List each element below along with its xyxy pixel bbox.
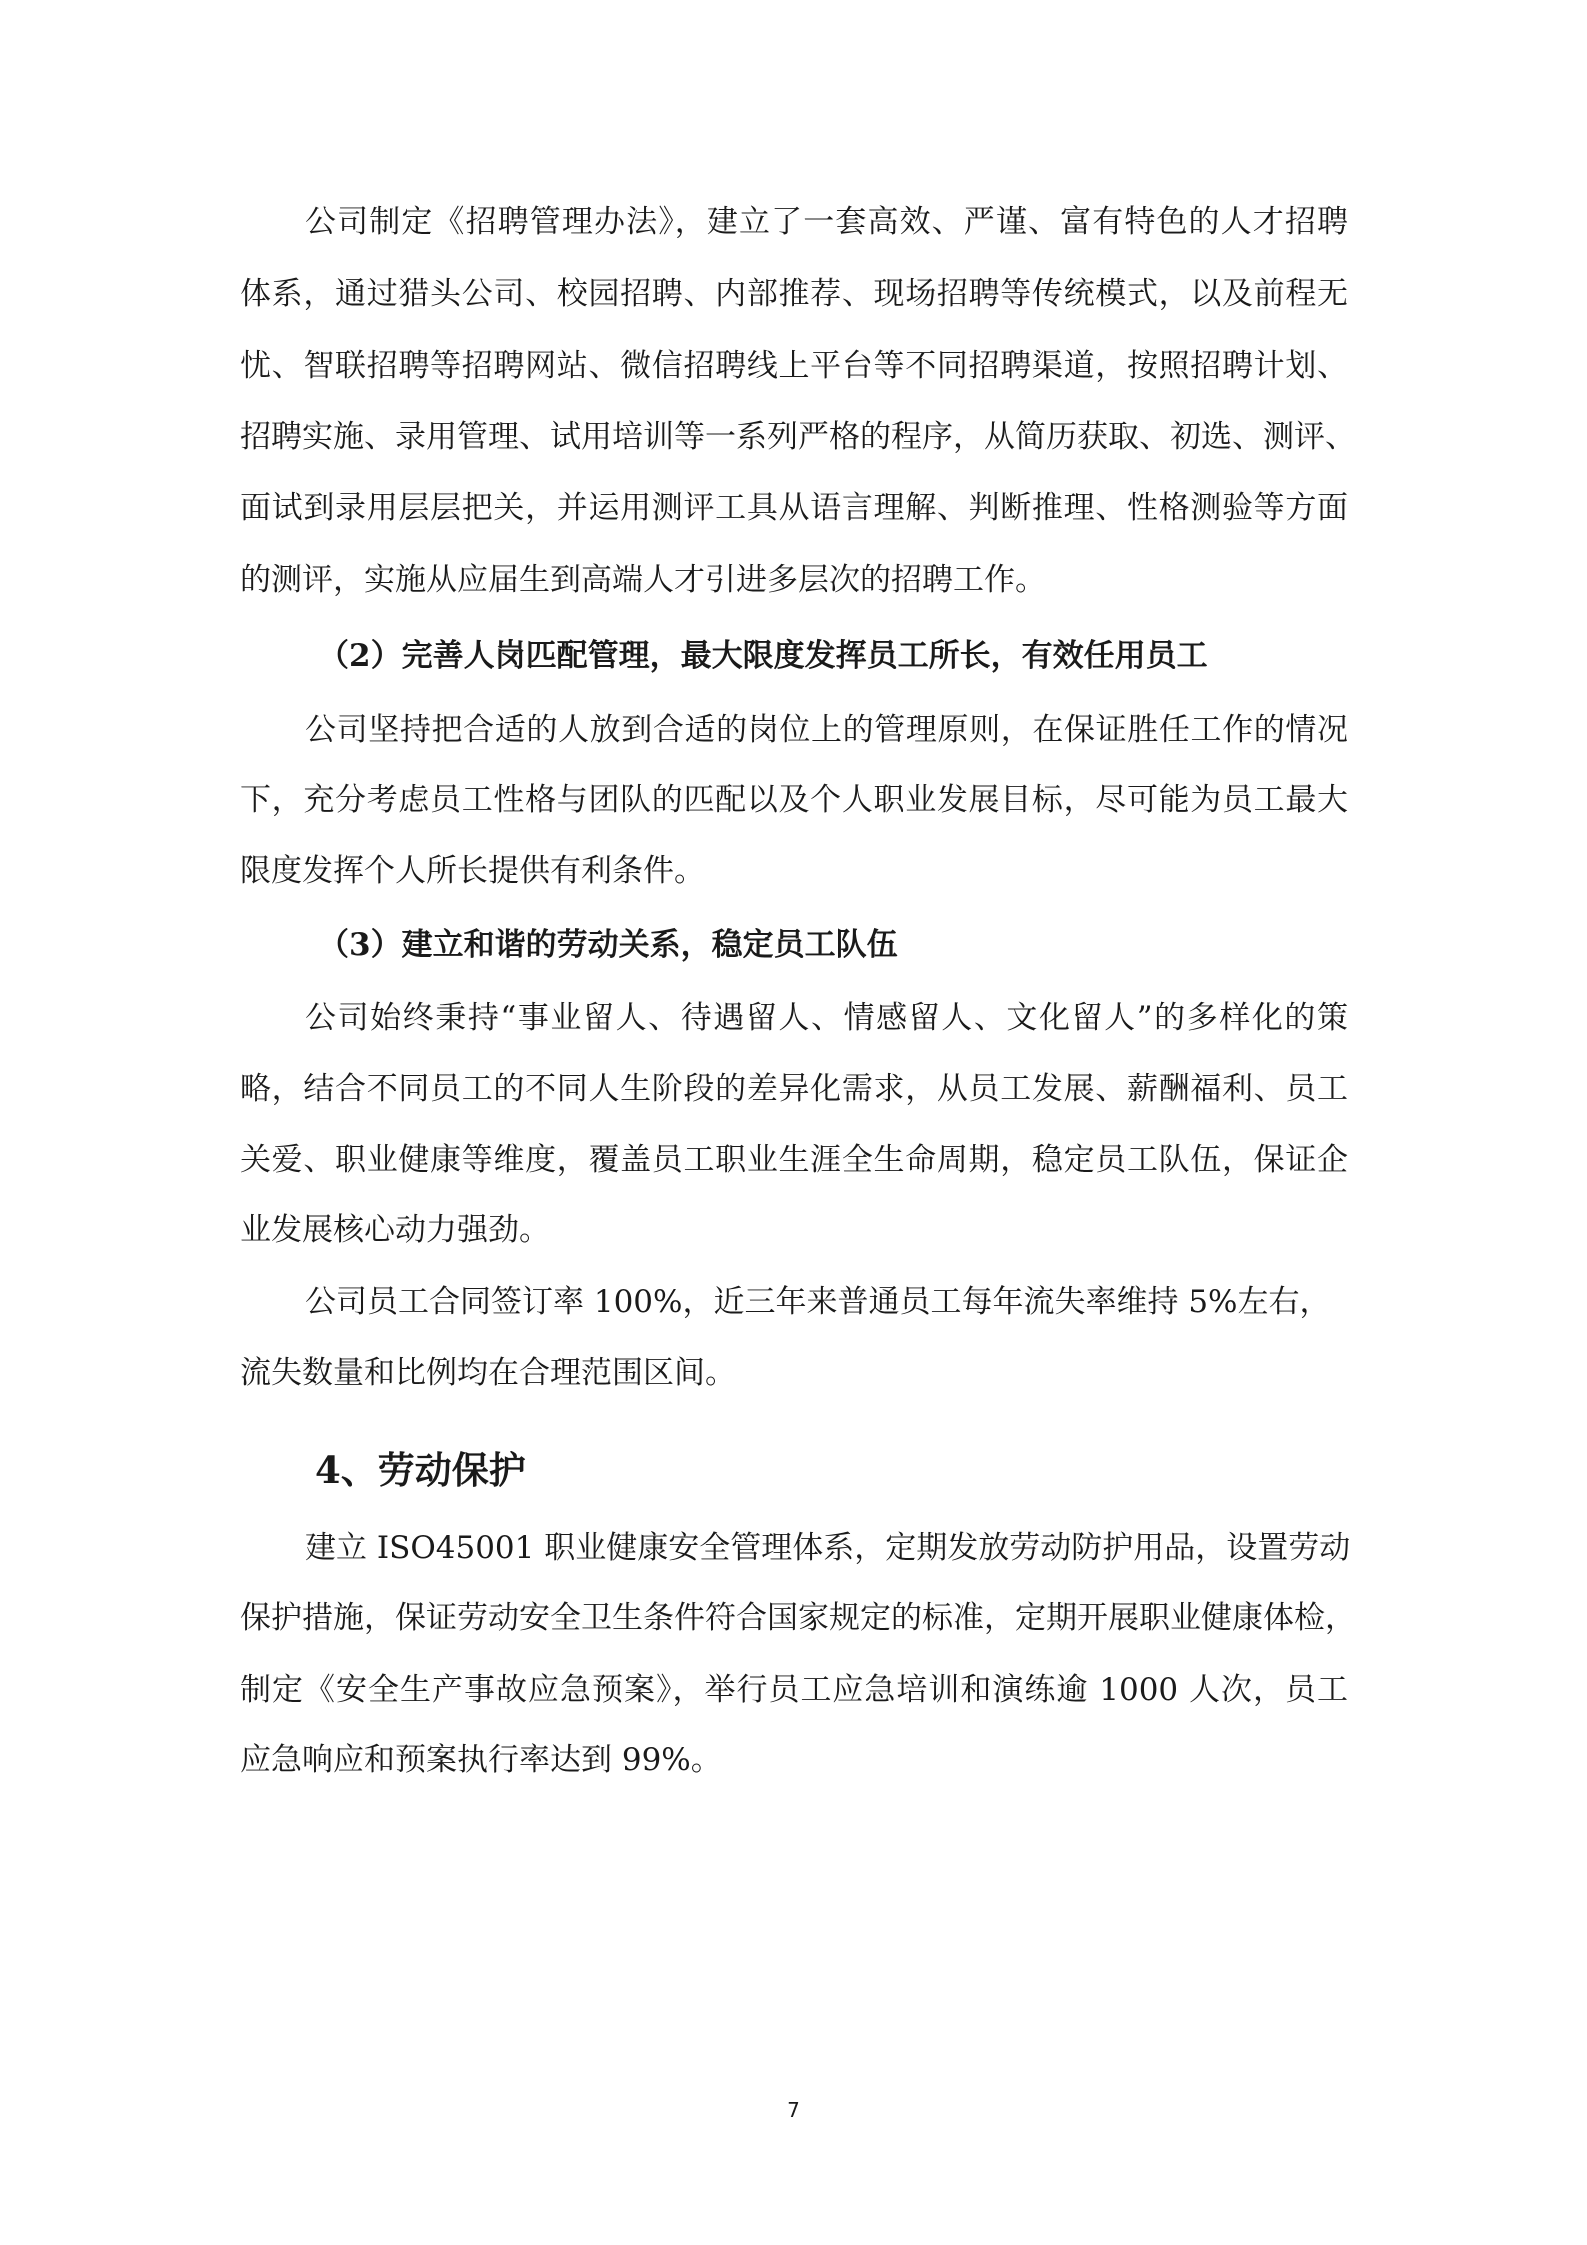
paragraph-line: 建立 ISO45001 职业健康安全管理体系，定期发放劳动防护用品，设置劳动 [305,1528,1348,1568]
paragraph-line: 流失数量和比例均在合理范围区间。 [240,1353,1348,1393]
paragraph-line: 公司始终秉持“事业留人、待遇留人、情感留人、文化留人”的多样化的策 [305,998,1348,1038]
paragraph-line: 公司员工合同签订率 100%，近三年来普通员工每年流失率维持 5%左右， [305,1282,1325,1322]
paragraph-line: 略，结合不同员工的不同人生阶段的差异化需求，从员工发展、薪酬福利、员工 [240,1069,1348,1109]
paragraph-line: 应急响应和预案执行率达到 99%。 [240,1740,1348,1780]
page-number: 7 [0,2098,1587,2122]
document-page: 公司制定《招聘管理办法》，建立了一套高效、严谨、富有特色的人才招聘 体系，通过猎… [0,0,1587,2245]
paragraph-line: 制定《安全生产事故应急预案》，举行员工应急培训和演练逾 1000 人次，员工 [240,1670,1348,1710]
paragraph-line: 公司制定《招聘管理办法》，建立了一套高效、严谨、富有特色的人才招聘 [305,202,1348,242]
paragraph-line: 下，充分考虑员工性格与团队的匹配以及个人职业发展目标，尽可能为员工最大 [240,780,1348,820]
paragraph-line: 业发展核心动力强劲。 [240,1210,1348,1250]
paragraph-line: 招聘实施、录用管理、试用培训等一系列严格的程序，从简历获取、初选、测评、 [240,417,1348,457]
paragraph-line: 关爱、职业健康等维度，覆盖员工职业生涯全生命周期，稳定员工队伍，保证企 [240,1140,1348,1180]
paragraph-line: 保护措施，保证劳动安全卫生条件符合国家规定的标准，定期开展职业健康体检， [240,1598,1348,1638]
subheading-3: （3）建立和谐的劳动关系，稳定员工队伍 [318,925,898,965]
paragraph-line: 公司坚持把合适的人放到合适的岗位上的管理原则，在保证胜任工作的情况 [305,710,1348,750]
paragraph-line: 体系，通过猎头公司、校园招聘、内部推荐、现场招聘等传统模式，以及前程无 [240,274,1348,314]
paragraph-line: 面试到录用层层把关，并运用测评工具从语言理解、判断推理、性格测验等方面 [240,488,1348,528]
section-heading-4: 4、劳动保护 [315,1448,526,1492]
paragraph-line: 的测评，实施从应届生到高端人才引进多层次的招聘工作。 [240,560,1348,600]
subheading-2: （2）完善人岗匹配管理，最大限度发挥员工所长，有效任用员工 [318,636,1208,676]
paragraph-line: 限度发挥个人所长提供有利条件。 [240,851,1348,891]
paragraph-line: 忧、智联招聘等招聘网站、微信招聘线上平台等不同招聘渠道，按照招聘计划、 [240,346,1348,386]
